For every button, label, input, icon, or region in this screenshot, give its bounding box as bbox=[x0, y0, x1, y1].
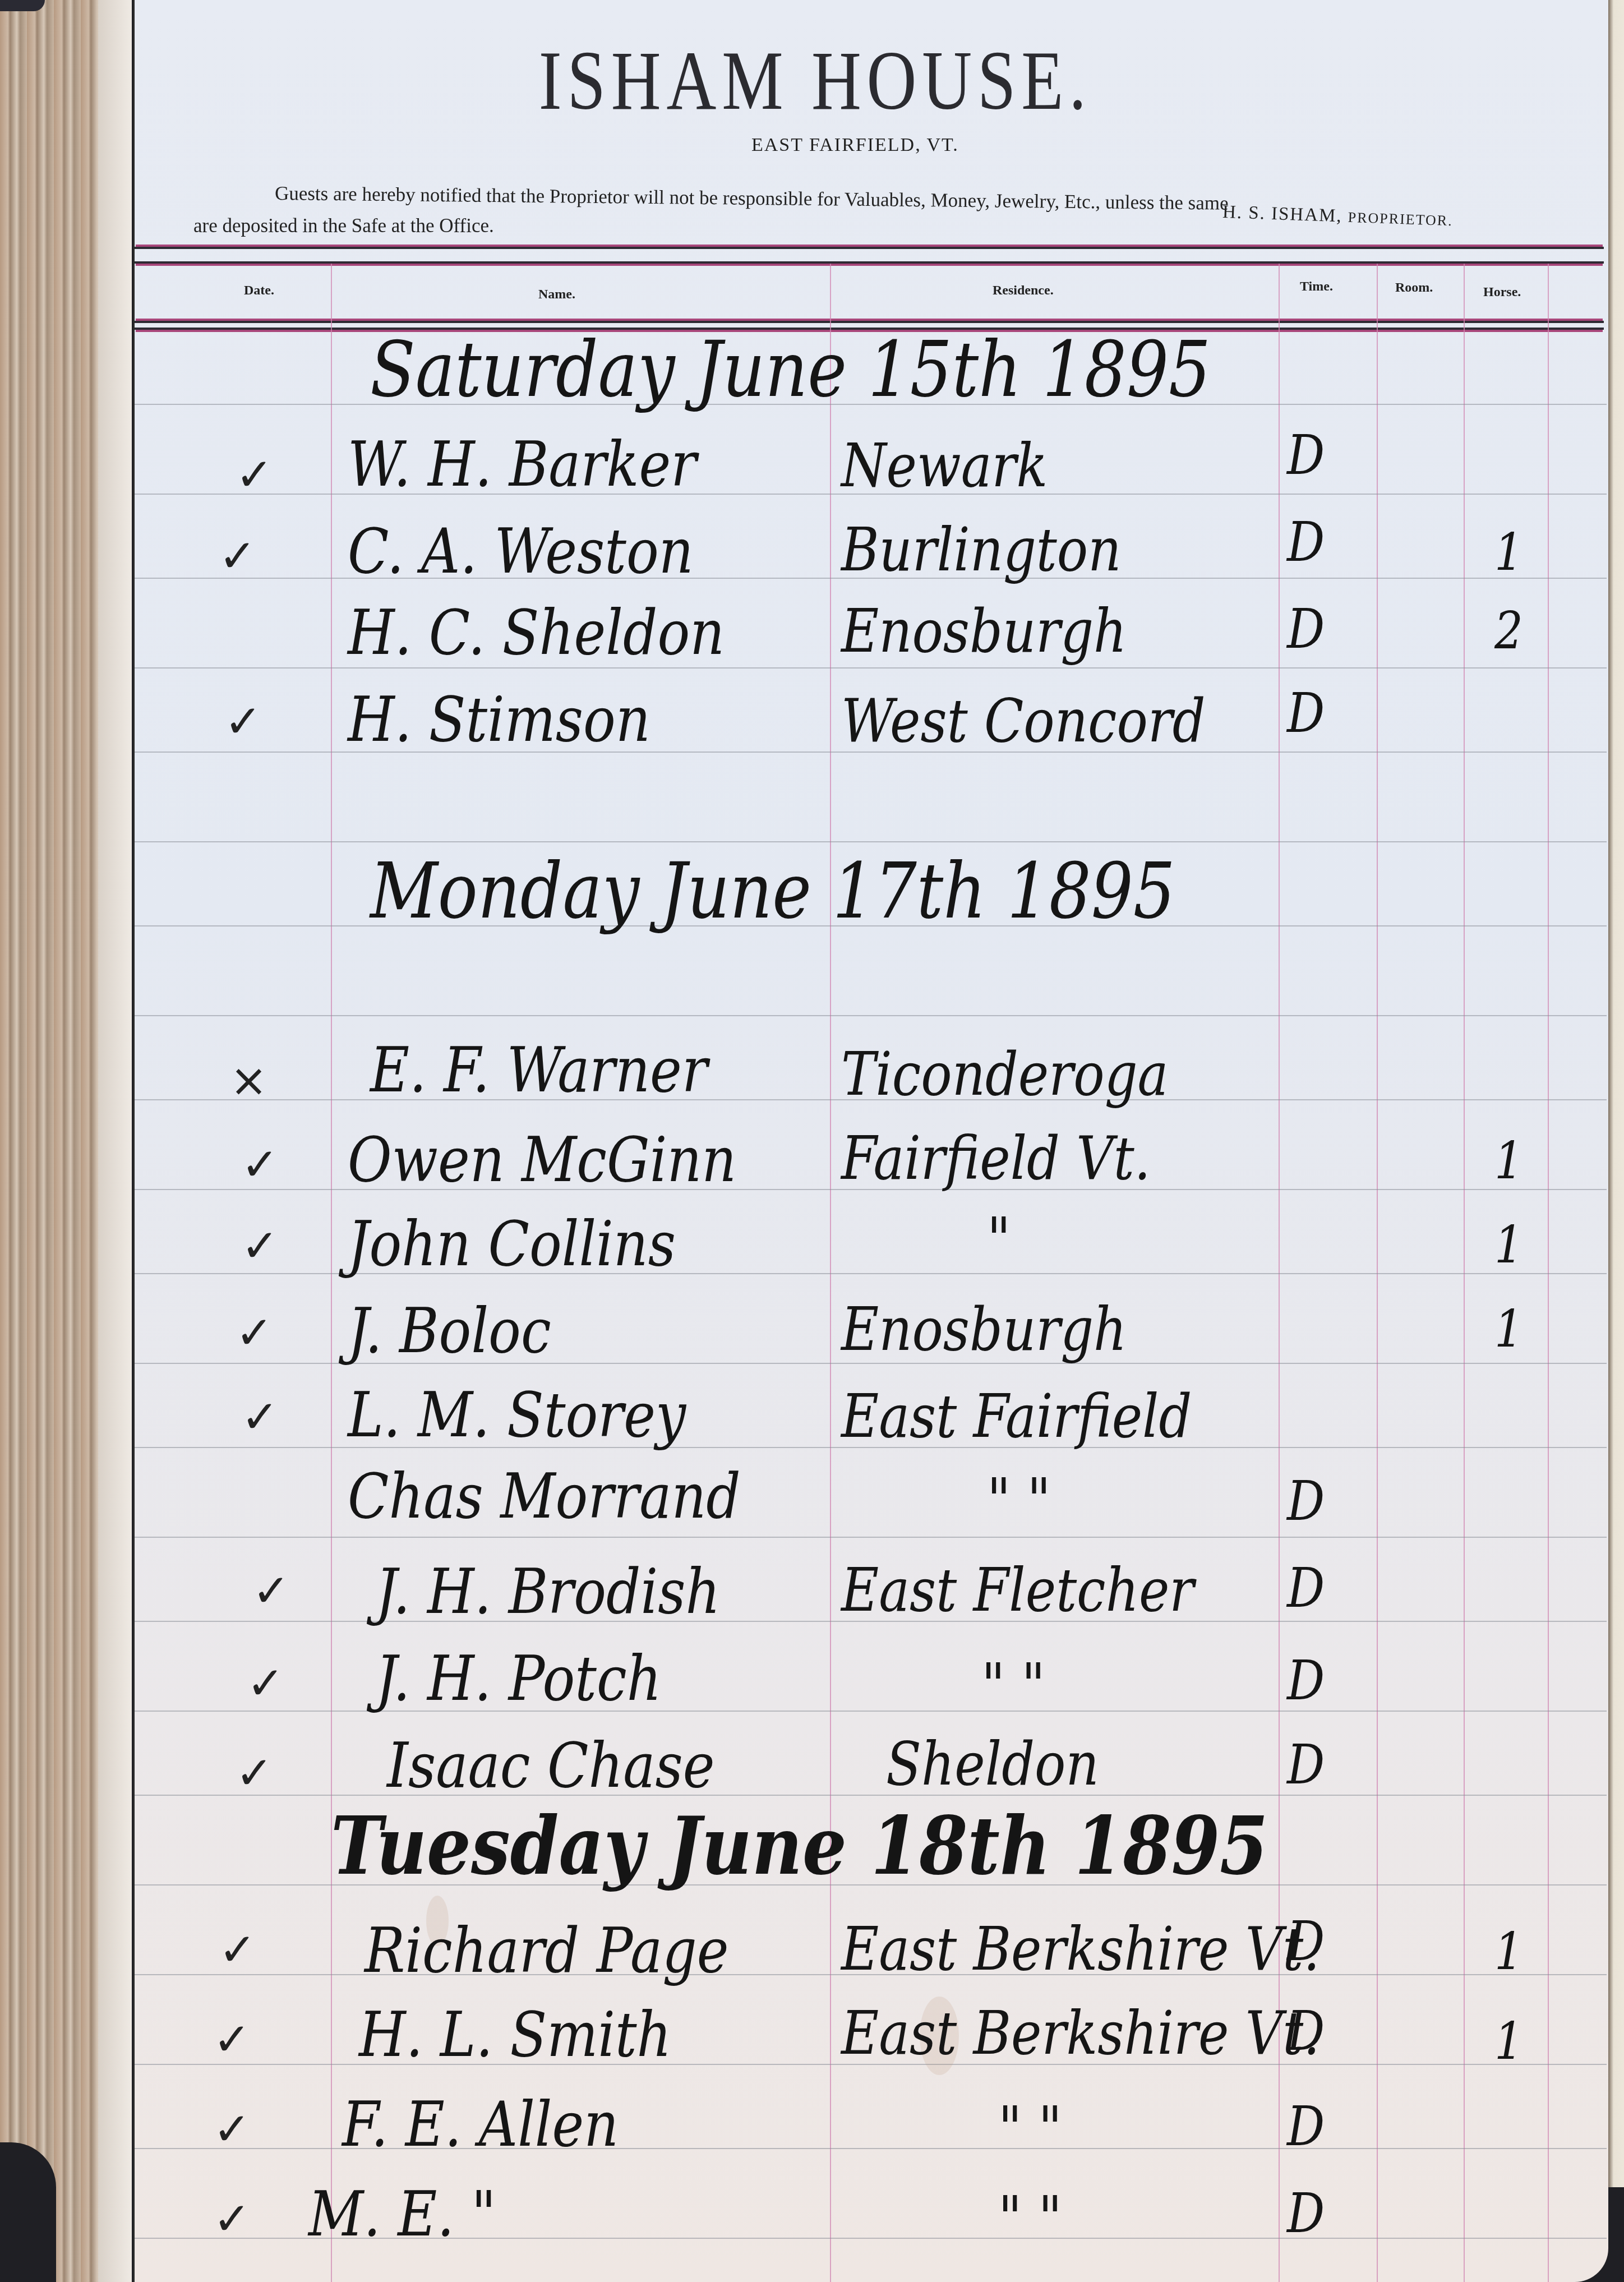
guest-name: Owen McGinn bbox=[348, 1123, 736, 1196]
day-heading: Monday June 17th 1895 bbox=[370, 846, 1175, 935]
guest-residence: West Concord bbox=[841, 686, 1206, 755]
guest-name: Chas Morrand bbox=[348, 1460, 741, 1532]
guest-name: J. H. Brodish bbox=[376, 1555, 720, 1628]
day-heading: Saturday June 15th 1895 bbox=[370, 325, 1211, 414]
guest-name: H. C. Sheldon bbox=[348, 596, 725, 669]
guest-name: F. E. Allen bbox=[342, 2088, 619, 2160]
guest-name: J. Boloc bbox=[348, 1294, 551, 1367]
guest-horse: 1 bbox=[1494, 1131, 1523, 1191]
next-page-edge bbox=[1607, 0, 1624, 2282]
guest-time: D bbox=[1287, 2182, 1325, 2245]
proprietor-name: H. S. ISHAM, bbox=[1222, 202, 1342, 226]
check-mark: ✓ bbox=[213, 2013, 251, 2066]
guest-residence: East Berkshire Vt. bbox=[841, 1999, 1319, 2068]
check-mark: ✓ bbox=[236, 1307, 273, 1359]
column-header-room: Room. bbox=[1395, 280, 1433, 296]
check-mark: ✓ bbox=[213, 2193, 251, 2245]
guest-residence: " " bbox=[998, 2094, 1062, 2163]
check-mark: ✓ bbox=[241, 1138, 279, 1191]
guest-name: Richard Page bbox=[365, 1914, 728, 1986]
day-heading: Tuesday June 18th 1895 bbox=[331, 1799, 1268, 1893]
ruled-line bbox=[135, 1537, 1607, 1538]
ruled-line bbox=[135, 1795, 1607, 1796]
guest-name: C. A. Weston bbox=[348, 515, 694, 587]
guest-time: D bbox=[1287, 1733, 1325, 1796]
guest-residence: Enosburgh bbox=[841, 1295, 1127, 1364]
guest-time: D bbox=[1287, 423, 1325, 487]
guest-time: D bbox=[1287, 2095, 1325, 2158]
notice-line-2: are deposited in the Safe at the Office. bbox=[193, 215, 494, 237]
column-header-date: Date. bbox=[244, 283, 274, 298]
check-mark: ✓ bbox=[236, 1747, 273, 1799]
guest-residence: Newark bbox=[841, 431, 1048, 500]
column-header-name: Name. bbox=[538, 287, 575, 302]
proprietor-title: PROPRIETOR. bbox=[1348, 209, 1453, 229]
ruled-line bbox=[135, 1015, 1607, 1016]
guest-residence: " " bbox=[998, 2184, 1062, 2253]
guest-horse: 1 bbox=[1494, 522, 1523, 582]
x-mark: × bbox=[230, 1054, 267, 1107]
guest-name: J. H. Potch bbox=[376, 1642, 661, 1714]
guest-time: D bbox=[1287, 1556, 1325, 1620]
guest-residence: Fairfield Vt. bbox=[841, 1124, 1151, 1193]
guest-name: H. L. Smith bbox=[359, 1998, 671, 2071]
check-mark: ✓ bbox=[252, 1565, 290, 1617]
guest-name: L. M. Storey bbox=[348, 1379, 686, 1451]
hotel-name: ISHAM HOUSE. bbox=[149, 33, 1481, 129]
guest-time: D bbox=[1287, 1649, 1325, 1712]
hotel-town: EAST FAIRFIELD, VT. bbox=[751, 135, 959, 156]
guest-name: John Collins bbox=[348, 1207, 676, 1280]
guest-name: H. Stimson bbox=[348, 683, 650, 755]
check-mark: ✓ bbox=[236, 449, 273, 501]
guest-residence: Sheldon bbox=[886, 1730, 1099, 1799]
column-header-time: Time. bbox=[1300, 279, 1333, 294]
guest-horse: 1 bbox=[1494, 1215, 1523, 1275]
check-mark: ✓ bbox=[219, 530, 256, 582]
guest-horse: 1 bbox=[1494, 1921, 1523, 1981]
check-mark: ✓ bbox=[213, 2103, 251, 2155]
guest-name: E. F. Warner bbox=[370, 1034, 708, 1106]
check-mark: ✓ bbox=[241, 1391, 279, 1443]
guest-time: D bbox=[1287, 1999, 1325, 2063]
check-mark: ✓ bbox=[224, 695, 262, 748]
guest-time: D bbox=[1287, 597, 1325, 661]
guest-horse: 1 bbox=[1494, 1299, 1523, 1359]
guest-residence: " " bbox=[981, 1651, 1045, 1720]
guest-residence: " bbox=[987, 1205, 1011, 1274]
guest-residence: East Fletcher bbox=[841, 1556, 1194, 1625]
guest-horse: 1 bbox=[1494, 2011, 1523, 2071]
check-mark: ✓ bbox=[247, 1657, 284, 1709]
guest-residence: East Fairfield bbox=[841, 1382, 1192, 1451]
column-header-horse: Horse. bbox=[1483, 285, 1521, 300]
guest-horse: 2 bbox=[1494, 601, 1523, 661]
header-rule-top bbox=[135, 247, 1604, 264]
guest-residence: " " bbox=[987, 1466, 1051, 1535]
guest-time: D bbox=[1287, 510, 1325, 574]
guest-residence: Burlington bbox=[841, 515, 1121, 584]
guest-residence: Enosburgh bbox=[841, 597, 1127, 666]
check-mark: ✓ bbox=[219, 1924, 256, 1976]
guest-residence: East Berkshire Vt. bbox=[841, 1915, 1319, 1984]
guest-time: D bbox=[1287, 1469, 1325, 1533]
ruled-line bbox=[135, 1711, 1607, 1712]
background-shadow bbox=[0, 2142, 56, 2282]
ruled-line bbox=[135, 841, 1607, 842]
book-cover-corner bbox=[0, 0, 45, 11]
guest-name: Isaac Chase bbox=[387, 1729, 715, 1801]
guest-name: W. H. Barker bbox=[348, 428, 696, 500]
guest-residence: Ticonderoga bbox=[841, 1040, 1168, 1109]
guest-time: D bbox=[1287, 681, 1325, 745]
book-page-edges bbox=[0, 0, 132, 2282]
guest-name: M. E. " bbox=[308, 2178, 496, 2250]
check-mark: ✓ bbox=[241, 1220, 279, 1272]
guest-time: D bbox=[1287, 1910, 1325, 1973]
column-header-residence: Residence. bbox=[993, 283, 1054, 298]
